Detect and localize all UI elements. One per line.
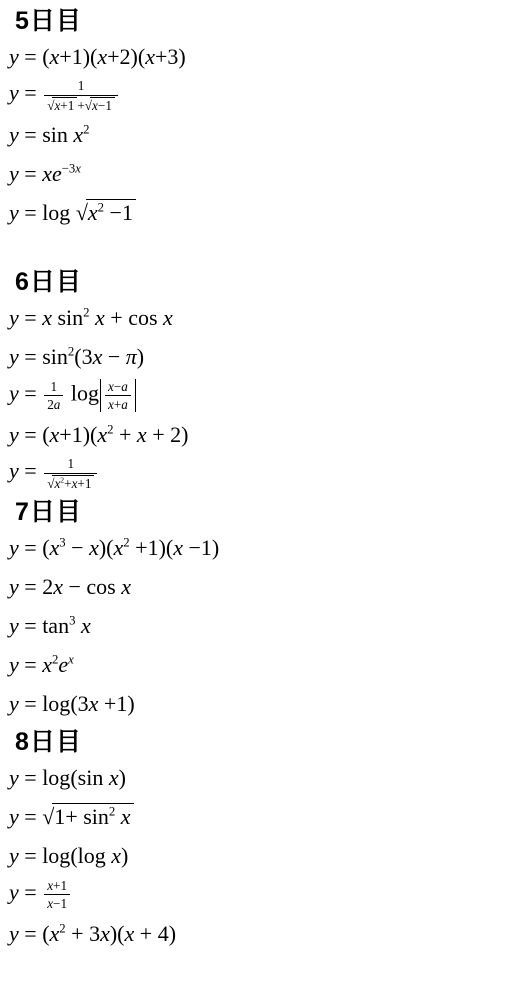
function-name: sin xyxy=(42,122,68,147)
superscript: 2 xyxy=(109,805,115,819)
math-token: x xyxy=(97,422,107,447)
formula-list: y = log(sin x)y = √1+ sin2 xy = log(log … xyxy=(8,758,512,953)
math-content: y = 1√x+1+√x−1 xyxy=(9,78,120,112)
math-token: y xyxy=(9,44,19,69)
superscript: 2 xyxy=(68,344,74,358)
formula-row: y = (x+1)(x2 + x + 2) xyxy=(8,415,512,454)
math-token: x xyxy=(68,652,74,666)
math-token: x xyxy=(89,691,99,716)
math-token: x xyxy=(108,397,114,412)
math-token: x xyxy=(42,652,52,677)
math-token: e xyxy=(52,161,62,186)
math-token: x xyxy=(50,422,60,447)
math-token: x xyxy=(50,921,60,946)
fraction: 12a xyxy=(44,379,63,412)
math-token: y xyxy=(9,161,19,186)
math-token: x xyxy=(114,535,124,560)
math-worksheet-page: 5日目y = (x+1)(x+2)(x+3)y = 1√x+1+√x−1y = … xyxy=(0,0,512,953)
superscript: 3 xyxy=(59,535,65,549)
math-token: x xyxy=(73,122,83,147)
math-token: a xyxy=(54,397,61,412)
denominator: √x2+x+1 xyxy=(44,473,97,491)
math-content: y = tan3 x xyxy=(9,613,91,639)
function-name: cos xyxy=(86,574,115,599)
formula-row: y = (x2 + 3x)(x + 4) xyxy=(8,914,512,953)
math-token: y xyxy=(9,880,19,905)
square-root: √x2+x+1 xyxy=(47,475,94,491)
math-token: x xyxy=(53,574,63,599)
formula-row: y = √1+ sin2 x xyxy=(8,797,512,836)
square-root: √x−1 xyxy=(85,97,115,113)
math-token: y xyxy=(9,344,19,369)
radicand: x2 −1 xyxy=(86,199,136,225)
math-token: y xyxy=(9,843,19,868)
function-name: tan xyxy=(42,613,69,638)
math-content: y = 1√x2+x+1 xyxy=(9,456,99,490)
formula-row: y = tan3 x xyxy=(8,606,512,645)
function-name: sin xyxy=(57,305,83,330)
math-token: y xyxy=(9,804,19,829)
formula-row: y = x sin2 x + cos x xyxy=(8,298,512,337)
math-token: y xyxy=(9,535,19,560)
math-content: y = 12a logx−ax+a xyxy=(9,379,137,412)
math-token: x xyxy=(54,98,60,113)
fraction: 1√x+1+√x−1 xyxy=(44,78,118,112)
formula-row: y = sin2(3x − π) xyxy=(8,337,512,376)
math-token: y xyxy=(9,200,19,225)
formula-row: y = log(log x) xyxy=(8,836,512,875)
denominator: √x+1+√x−1 xyxy=(44,95,118,113)
math-content: y = √1+ sin2 x xyxy=(9,803,134,830)
math-token: x xyxy=(108,379,114,394)
math-token: x xyxy=(145,44,155,69)
square-root: √x2 −1 xyxy=(76,199,136,226)
math-token: x xyxy=(173,535,183,560)
math-token: x xyxy=(111,843,121,868)
numerator: 1 xyxy=(44,456,97,472)
function-name: log xyxy=(42,200,70,225)
numerator: x+1 xyxy=(44,878,70,894)
formula-list: y = (x+1)(x+2)(x+3)y = 1√x+1+√x−1y = sin… xyxy=(8,37,512,232)
math-token: x xyxy=(121,574,131,599)
math-token: x xyxy=(92,98,98,113)
superscript: 2 xyxy=(59,921,65,935)
section-day-8: 8日目y = log(sin x)y = √1+ sin2 xy = log(l… xyxy=(8,726,512,953)
math-token: y xyxy=(9,765,19,790)
formula-row: y = 1√x+1+√x−1 xyxy=(8,76,512,115)
math-content: y = x2ex xyxy=(9,652,74,678)
function-name: sin xyxy=(42,344,68,369)
radicand: x2+x+1 xyxy=(52,475,94,491)
section-title: 6日目 xyxy=(8,266,512,298)
superscript: 2 xyxy=(83,122,89,136)
function-name: log xyxy=(78,843,106,868)
math-token: y xyxy=(9,691,19,716)
math-token: x xyxy=(42,305,52,330)
section-title: 5日目 xyxy=(8,5,512,37)
formula-row: y = (x3 − x)(x2 +1)(x −1) xyxy=(8,528,512,567)
superscript: 2 xyxy=(123,535,129,549)
math-token: a xyxy=(121,379,128,394)
math-token: y xyxy=(9,921,19,946)
formula-row: y = (x+1)(x+2)(x+3) xyxy=(8,37,512,76)
radicand: 1+ sin2 x xyxy=(52,803,133,829)
math-content: y = (x3 − x)(x2 +1)(x −1) xyxy=(9,535,219,561)
math-content: y = (x2 + 3x)(x + 4) xyxy=(9,921,176,947)
math-token: x xyxy=(72,476,78,491)
math-content: y = x+1x−1 xyxy=(9,878,72,911)
superscript: 2 xyxy=(107,422,113,436)
math-token: a xyxy=(121,397,128,412)
math-token: y xyxy=(9,422,19,447)
numerator: 1 xyxy=(44,78,118,94)
math-token: y xyxy=(9,81,19,106)
math-token: y xyxy=(9,122,19,147)
radicand: x+1 xyxy=(52,97,77,113)
math-token: x xyxy=(89,535,99,560)
math-content: y = log(log x) xyxy=(9,843,128,869)
math-token: x xyxy=(50,535,60,560)
function-name: sin xyxy=(83,804,109,829)
math-content: y = 2x − cos x xyxy=(9,574,131,600)
superscript: −3x xyxy=(62,161,81,175)
formula-row: y = log(sin x) xyxy=(8,758,512,797)
denominator: 2a xyxy=(44,395,63,412)
fraction: 1√x2+x+1 xyxy=(44,456,97,490)
math-content: y = sin x2 xyxy=(9,122,90,148)
denominator: x+a xyxy=(105,395,131,412)
superscript: 2 xyxy=(83,305,89,319)
math-token: x xyxy=(100,921,110,946)
formula-row: y = 12a logx−ax+a xyxy=(8,376,512,415)
fraction: x+1x−1 xyxy=(44,878,70,911)
superscript: 2 xyxy=(60,475,64,484)
section-day-7: 7日目y = (x3 − x)(x2 +1)(x −1)y = 2x − cos… xyxy=(8,496,512,723)
fraction: x−ax+a xyxy=(105,379,131,412)
denominator: x−1 xyxy=(44,894,70,911)
math-token: x xyxy=(97,44,107,69)
square-root: √1+ sin2 x xyxy=(42,803,133,830)
formula-row: y = 1√x2+x+1 xyxy=(8,454,512,493)
math-content: y = log(3x +1) xyxy=(9,691,135,717)
math-token: x xyxy=(75,161,81,175)
numerator: x−a xyxy=(105,379,131,395)
absolute-value: x−ax+a xyxy=(100,379,136,412)
formula-list: y = x sin2 x + cos xy = sin2(3x − π)y = … xyxy=(8,298,512,493)
section-title: 8日目 xyxy=(8,726,512,758)
math-token: y xyxy=(9,305,19,330)
math-token: e xyxy=(58,652,68,677)
math-token: y xyxy=(9,381,19,406)
function-name: log xyxy=(42,691,70,716)
math-content: y = log √x2 −1 xyxy=(9,199,136,226)
math-token: y xyxy=(9,574,19,599)
math-token: x xyxy=(42,161,52,186)
math-token: x xyxy=(137,422,147,447)
math-token: x xyxy=(109,765,119,790)
formula-list: y = (x3 − x)(x2 +1)(x −1)y = 2x − cos xy… xyxy=(8,528,512,723)
superscript: 3 xyxy=(69,613,75,627)
section-day-6: 6日目y = x sin2 x + cos xy = sin2(3x − π)y… xyxy=(8,266,512,493)
math-token: x xyxy=(125,921,135,946)
math-token: x xyxy=(163,305,173,330)
math-token: x xyxy=(81,613,91,638)
math-token: π xyxy=(126,344,137,369)
math-token: x xyxy=(47,878,53,893)
formula-row: y = 2x − cos x xyxy=(8,567,512,606)
formula-row: y = x+1x−1 xyxy=(8,875,512,914)
math-token: x xyxy=(93,344,103,369)
numerator: 1 xyxy=(44,379,63,395)
function-name: log xyxy=(71,381,99,406)
math-content: y = x sin2 x + cos x xyxy=(9,305,173,331)
math-content: y = (x+1)(x2 + x + 2) xyxy=(9,422,188,448)
math-token: y xyxy=(9,613,19,638)
math-content: y = (x+1)(x+2)(x+3) xyxy=(9,44,186,70)
math-token: x xyxy=(88,200,98,225)
function-name: log xyxy=(42,765,70,790)
formula-row: y = log √x2 −1 xyxy=(8,193,512,232)
superscript: 2 xyxy=(98,201,104,215)
math-content: y = log(sin x) xyxy=(9,765,126,791)
math-token: x xyxy=(50,44,60,69)
function-name: sin xyxy=(78,765,104,790)
formula-row: y = xe−3x xyxy=(8,154,512,193)
math-token: y xyxy=(9,459,19,484)
formula-row: y = log(3x +1) xyxy=(8,684,512,723)
formula-row: y = sin x2 xyxy=(8,115,512,154)
superscript: x xyxy=(68,652,74,666)
math-token: y xyxy=(9,652,19,677)
function-name: cos xyxy=(128,305,157,330)
math-token: x xyxy=(47,896,53,911)
math-content: y = sin2(3x − π) xyxy=(9,344,144,370)
math-content: y = xe−3x xyxy=(9,161,81,187)
math-token: x xyxy=(121,804,131,829)
square-root: √x+1 xyxy=(47,97,77,113)
function-name: log xyxy=(42,843,70,868)
section-day-5: 5日目y = (x+1)(x+2)(x+3)y = 1√x+1+√x−1y = … xyxy=(8,5,512,232)
formula-row: y = x2ex xyxy=(8,645,512,684)
radicand: x−1 xyxy=(90,97,115,113)
section-title: 7日目 xyxy=(8,496,512,528)
math-token: x xyxy=(95,305,105,330)
